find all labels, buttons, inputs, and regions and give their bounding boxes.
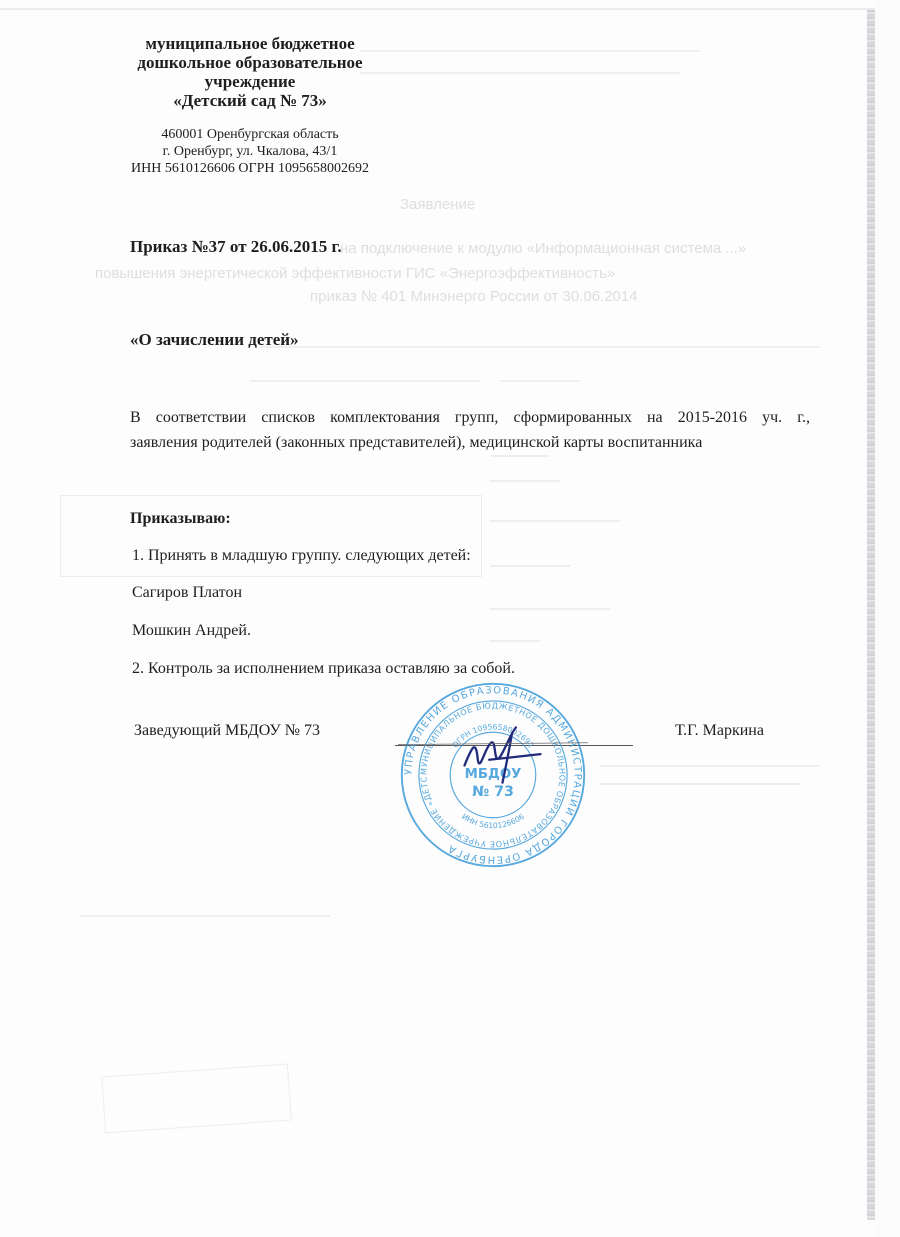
signatory-name: Т.Г. Маркина [675,722,764,740]
order-title: Приказ №37 от 26.06.2015 г. [130,237,342,257]
official-stamp: УПРАВЛЕНИЕ ОБРАЗОВАНИЯ АДМИНИСТРАЦИИ ГОР… [398,680,588,870]
scan-top-edge [0,8,880,10]
scan-margin [875,0,900,1237]
order-item: 1. Принять в младшую группу. следующих д… [132,547,471,565]
svg-text:№ 73: № 73 [472,784,514,800]
signatory-title: Заведующий МБДОУ № 73 [134,722,320,740]
svg-text:МБДОУ: МБДОУ [465,767,522,782]
order-subject: «О зачислении детей» [130,330,299,350]
stamp-seal-icon: УПРАВЛЕНИЕ ОБРАЗОВАНИЯ АДМИНИСТРАЦИИ ГОР… [398,680,588,870]
organization-address: 460001 Оренбургская область г. Оренбург,… [100,126,400,177]
order-directive-heading: Приказываю: [130,510,231,528]
preamble-line: заявления родителей (законных представит… [130,434,702,451]
child-name: Сагиров Платон [132,584,242,602]
preamble-line: В соответствии списков комплектования гр… [130,405,810,430]
svg-text:ИНН 5610126606: ИНН 5610126606 [460,812,526,830]
organization-header: муниципальное бюджетное дошкольное образ… [100,34,400,177]
scan-page-edge [867,10,875,1220]
child-name: Мошкин Андрей. [132,622,251,640]
preamble: В соответствии списков комплектования гр… [130,405,810,455]
organization-name: муниципальное бюджетное дошкольное образ… [100,34,400,110]
order-item: 2. Контроль за исполнением приказа остав… [132,660,515,678]
scanned-page: Заявление на подключение к модулю «Инфор… [0,0,900,1237]
